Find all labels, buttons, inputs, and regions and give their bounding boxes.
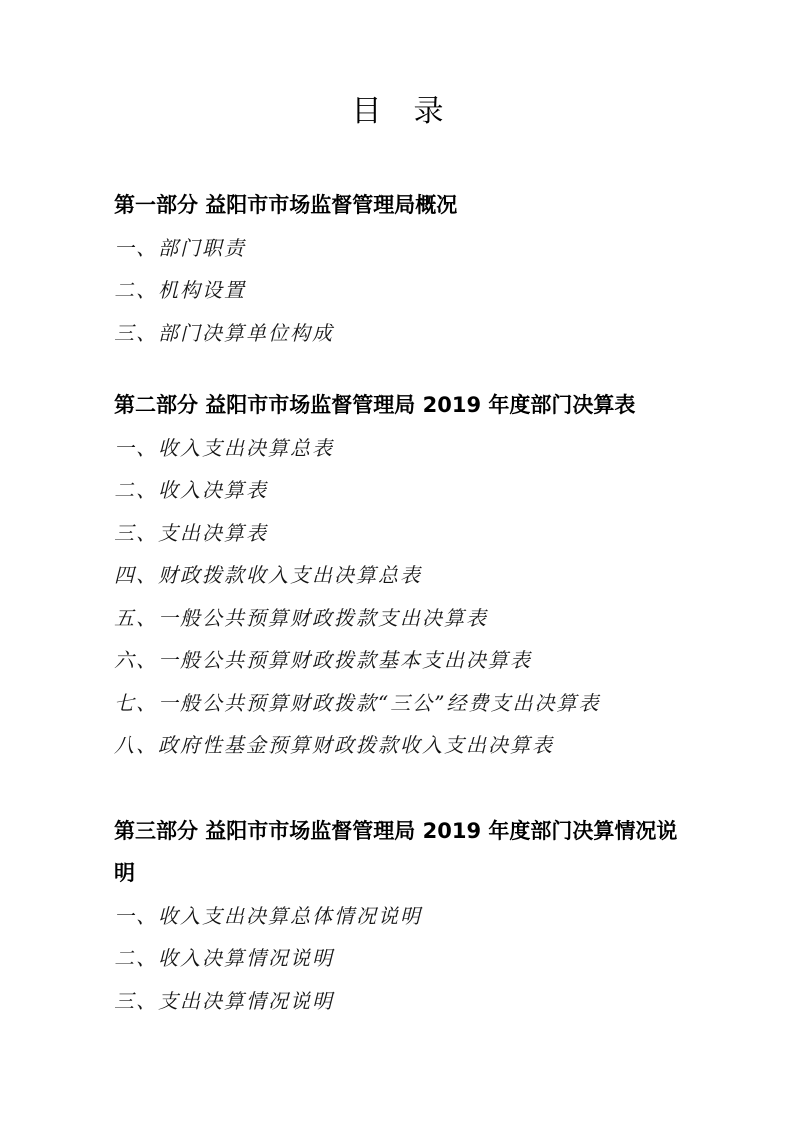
toc-item: 四、财政拨款收入支出决算总表 (114, 554, 682, 597)
section-heading-part1: 第一部分 益阳市市场监督管理局概况 (114, 184, 682, 227)
toc-item: 一、收入支出决算总体情况说明 (114, 895, 682, 938)
toc-item: 二、机构设置 (114, 269, 682, 312)
document-page: 目 录 第一部分 益阳市市场监督管理局概况 一、部门职责 二、机构设置 三、部门… (0, 0, 794, 1122)
toc-item: 五、一般公共预算财政拨款支出决算表 (114, 597, 682, 640)
toc-item: 七、一般公共预算财政拨款“三公”经费支出决算表 (114, 682, 682, 725)
toc-item: 三、支出决算情况说明 (114, 980, 682, 1023)
section-heading-part3: 第三部分 益阳市市场监督管理局 2019 年度部门决算情况说明 (114, 810, 682, 895)
toc-item: 二、收入决算情况说明 (114, 937, 682, 980)
toc-item: 三、部门决算单位构成 (114, 312, 682, 355)
section-heading-part2: 第二部分 益阳市市场监督管理局 2019 年度部门决算表 (114, 384, 682, 427)
toc-item: 一、收入支出决算总表 (114, 427, 682, 470)
toc-item: 三、支出决算表 (114, 512, 682, 555)
toc-item: 二、收入决算表 (114, 469, 682, 512)
toc-item: 六、一般公共预算财政拨款基本支出决算表 (114, 639, 682, 682)
toc-item: 一、部门职责 (114, 227, 682, 270)
toc-section-part1: 第一部分 益阳市市场监督管理局概况 一、部门职责 二、机构设置 三、部门决算单位… (114, 184, 682, 354)
toc-item: 八、政府性基金预算财政拨款收入支出决算表 (114, 724, 682, 767)
toc-section-part3: 第三部分 益阳市市场监督管理局 2019 年度部门决算情况说明 一、收入支出决算… (114, 810, 682, 1023)
toc-section-part2: 第二部分 益阳市市场监督管理局 2019 年度部门决算表 一、收入支出决算总表 … (114, 384, 682, 767)
toc-title: 目 录 (114, 90, 682, 134)
